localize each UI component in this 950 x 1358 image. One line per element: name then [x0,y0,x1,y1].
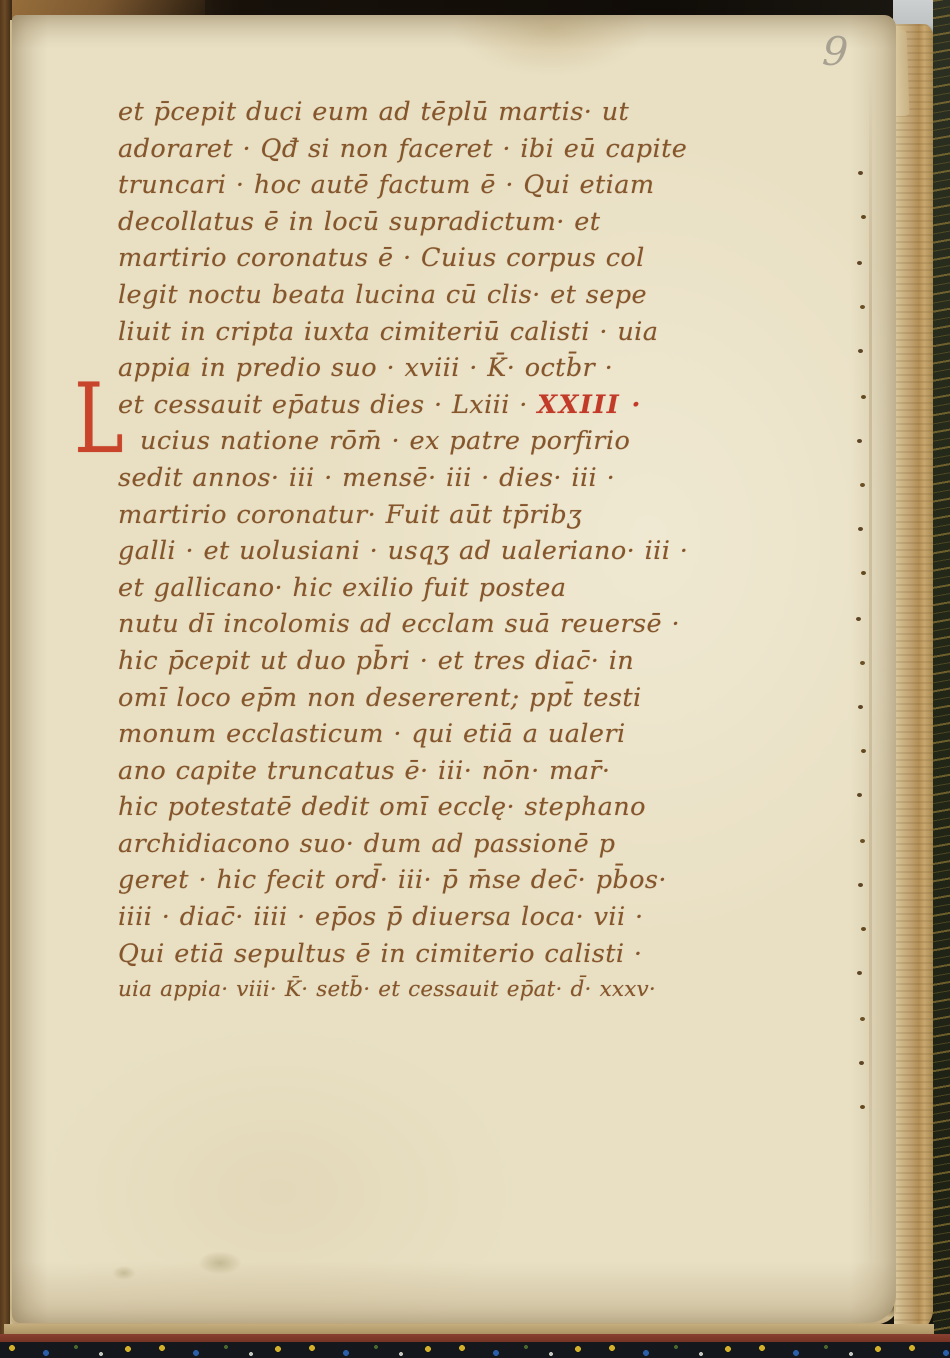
folio-number: 9 [820,28,874,91]
line-text: archidiacono suo· dum ad passionē p [118,829,615,859]
manuscript-line: geret · hic fecit ord̄· iii· p̄ m̄se dec… [118,862,828,899]
manuscript-line: legit noctu beata lucina cū clis· et se… [118,277,828,314]
line-text: et gallicano· hic exilio fuit postea [118,573,566,603]
line-text: omī loco ep̄m non desererent; ppt̄ test… [118,683,642,713]
manuscript-line: sedit annos· iii · mensē· iii · dies· i… [118,460,828,497]
manuscript-line: adoraret · Qđ si non faceret · ibi eū c… [118,131,828,168]
manuscript-line: monum ecclasticum · qui etiā a ualeri [118,716,828,753]
line-text: geret · hic fecit ord̄· iii· p̄ m̄se dec… [118,865,667,895]
rubric-initial-L: L [74,380,118,464]
manuscript-line: iiii · diac̄· iiii · ep̄os p̄ diuersa lo… [118,899,828,936]
manuscript-line: truncari · hoc autē factum ē · Qui eti… [118,167,828,204]
manuscript-line: archidiacono suo· dum ad passionē p [118,826,828,863]
manuscript-text-block: L et p̄cepit duci eum ad tēplū martis·… [118,94,828,1009]
manuscript-line: appia in predio suo · xviii · K̄· octb̄r… [118,350,828,387]
line-text: ucius natione rōm̄ · ex patre porfirio [140,426,630,456]
line-text: liuit in cripta iuxta cimiteriū calisti… [118,317,658,347]
line-text: galli · et uolusiani · usqʒ ad ualeriano… [118,536,688,566]
rubric-text: XXIII · [537,390,642,420]
manuscript-line: uia appia· viii· K̄· setb̄· et cessauit … [118,972,828,1009]
manuscript-line: Qui etiā sepultus ē in cimiterio calis… [118,936,828,973]
bottom-marbled-edge [0,1342,950,1358]
line-text: ano capite truncatus ē· iii· nōn· mar̄… [118,756,610,786]
line-text: legit noctu beata lucina cū clis· et se… [118,280,647,310]
line-text: hic potestatē dedit omī ecclę· stephan… [118,792,646,822]
manuscript-photo: 9 L et p̄cepit duci eum ad tēplū marti… [0,0,950,1358]
line-text: martirio coronatus ē · Cuius corpus col [118,243,645,273]
line-text: hic p̄cepit ut duo pb̄ri · et tres diac̄… [118,646,634,676]
line-text: et p̄cepit duci eum ad tēplū martis· u… [118,97,629,127]
manuscript-line: hic potestatē dedit omī ecclę· stephan… [118,789,828,826]
manuscript-line: martirio coronatur· Fuit aūt tp̄ribʒ [118,497,828,534]
line-text: et cessauit ep̄atus dies · Lxiii · [118,390,537,420]
manuscript-line: et cessauit ep̄atus dies · Lxiii · XXIII… [118,387,828,424]
manuscript-line: omī loco ep̄m non desererent; ppt̄ test… [118,680,828,717]
line-text: decollatus ē in locū supradictum· et [118,207,600,237]
manuscript-line: et p̄cepit duci eum ad tēplū martis· u… [118,94,828,131]
line-text: appia in predio suo · xviii · K̄· octb̄r… [118,353,613,383]
line-text: nutu dī incolomis ad ecclam suā reuers… [118,609,680,639]
marbled-cover-edge [933,0,950,1358]
line-text: monum ecclasticum · qui etiā a ualeri [118,719,626,749]
manuscript-line: liuit in cripta iuxta cimiteriū calisti… [118,314,828,351]
manuscript-line: martirio coronatus ē · Cuius corpus col [118,240,828,277]
manuscript-line: ano capite truncatus ē· iii· nōn· mar̄… [118,753,828,790]
line-text: martirio coronatur· Fuit aūt tp̄ribʒ [118,500,582,530]
line-text: Qui etiā sepultus ē in cimiterio calis… [118,939,642,969]
wormhole-specks [858,171,863,175]
line-text: adoraret · Qđ si non faceret · ibi eū c… [118,134,687,164]
manuscript-line: decollatus ē in locū supradictum· et [118,204,828,241]
line-text: sedit annos· iii · mensē· iii · dies· i… [118,463,615,493]
text-lines: et p̄cepit duci eum ad tēplū martis· u… [118,94,828,1009]
manuscript-line: nutu dī incolomis ad ecclam suā reuers… [118,606,828,643]
manuscript-line: et gallicano· hic exilio fuit postea [118,570,828,607]
manuscript-line: hic p̄cepit ut duo pb̄ri · et tres diac̄… [118,643,828,680]
manuscript-line: galli · et uolusiani · usqʒ ad ualeriano… [118,533,828,570]
page-stack-fore-edge [894,24,934,1334]
line-text: uia appia· viii· K̄· setb̄· et cessauit … [118,977,656,1002]
line-text: truncari · hoc autē factum ē · Qui eti… [118,170,654,200]
line-text: iiii · diac̄· iiii · ep̄os p̄ diuersa lo… [118,902,644,932]
manuscript-line: ucius natione rōm̄ · ex patre porfirio [118,423,828,460]
